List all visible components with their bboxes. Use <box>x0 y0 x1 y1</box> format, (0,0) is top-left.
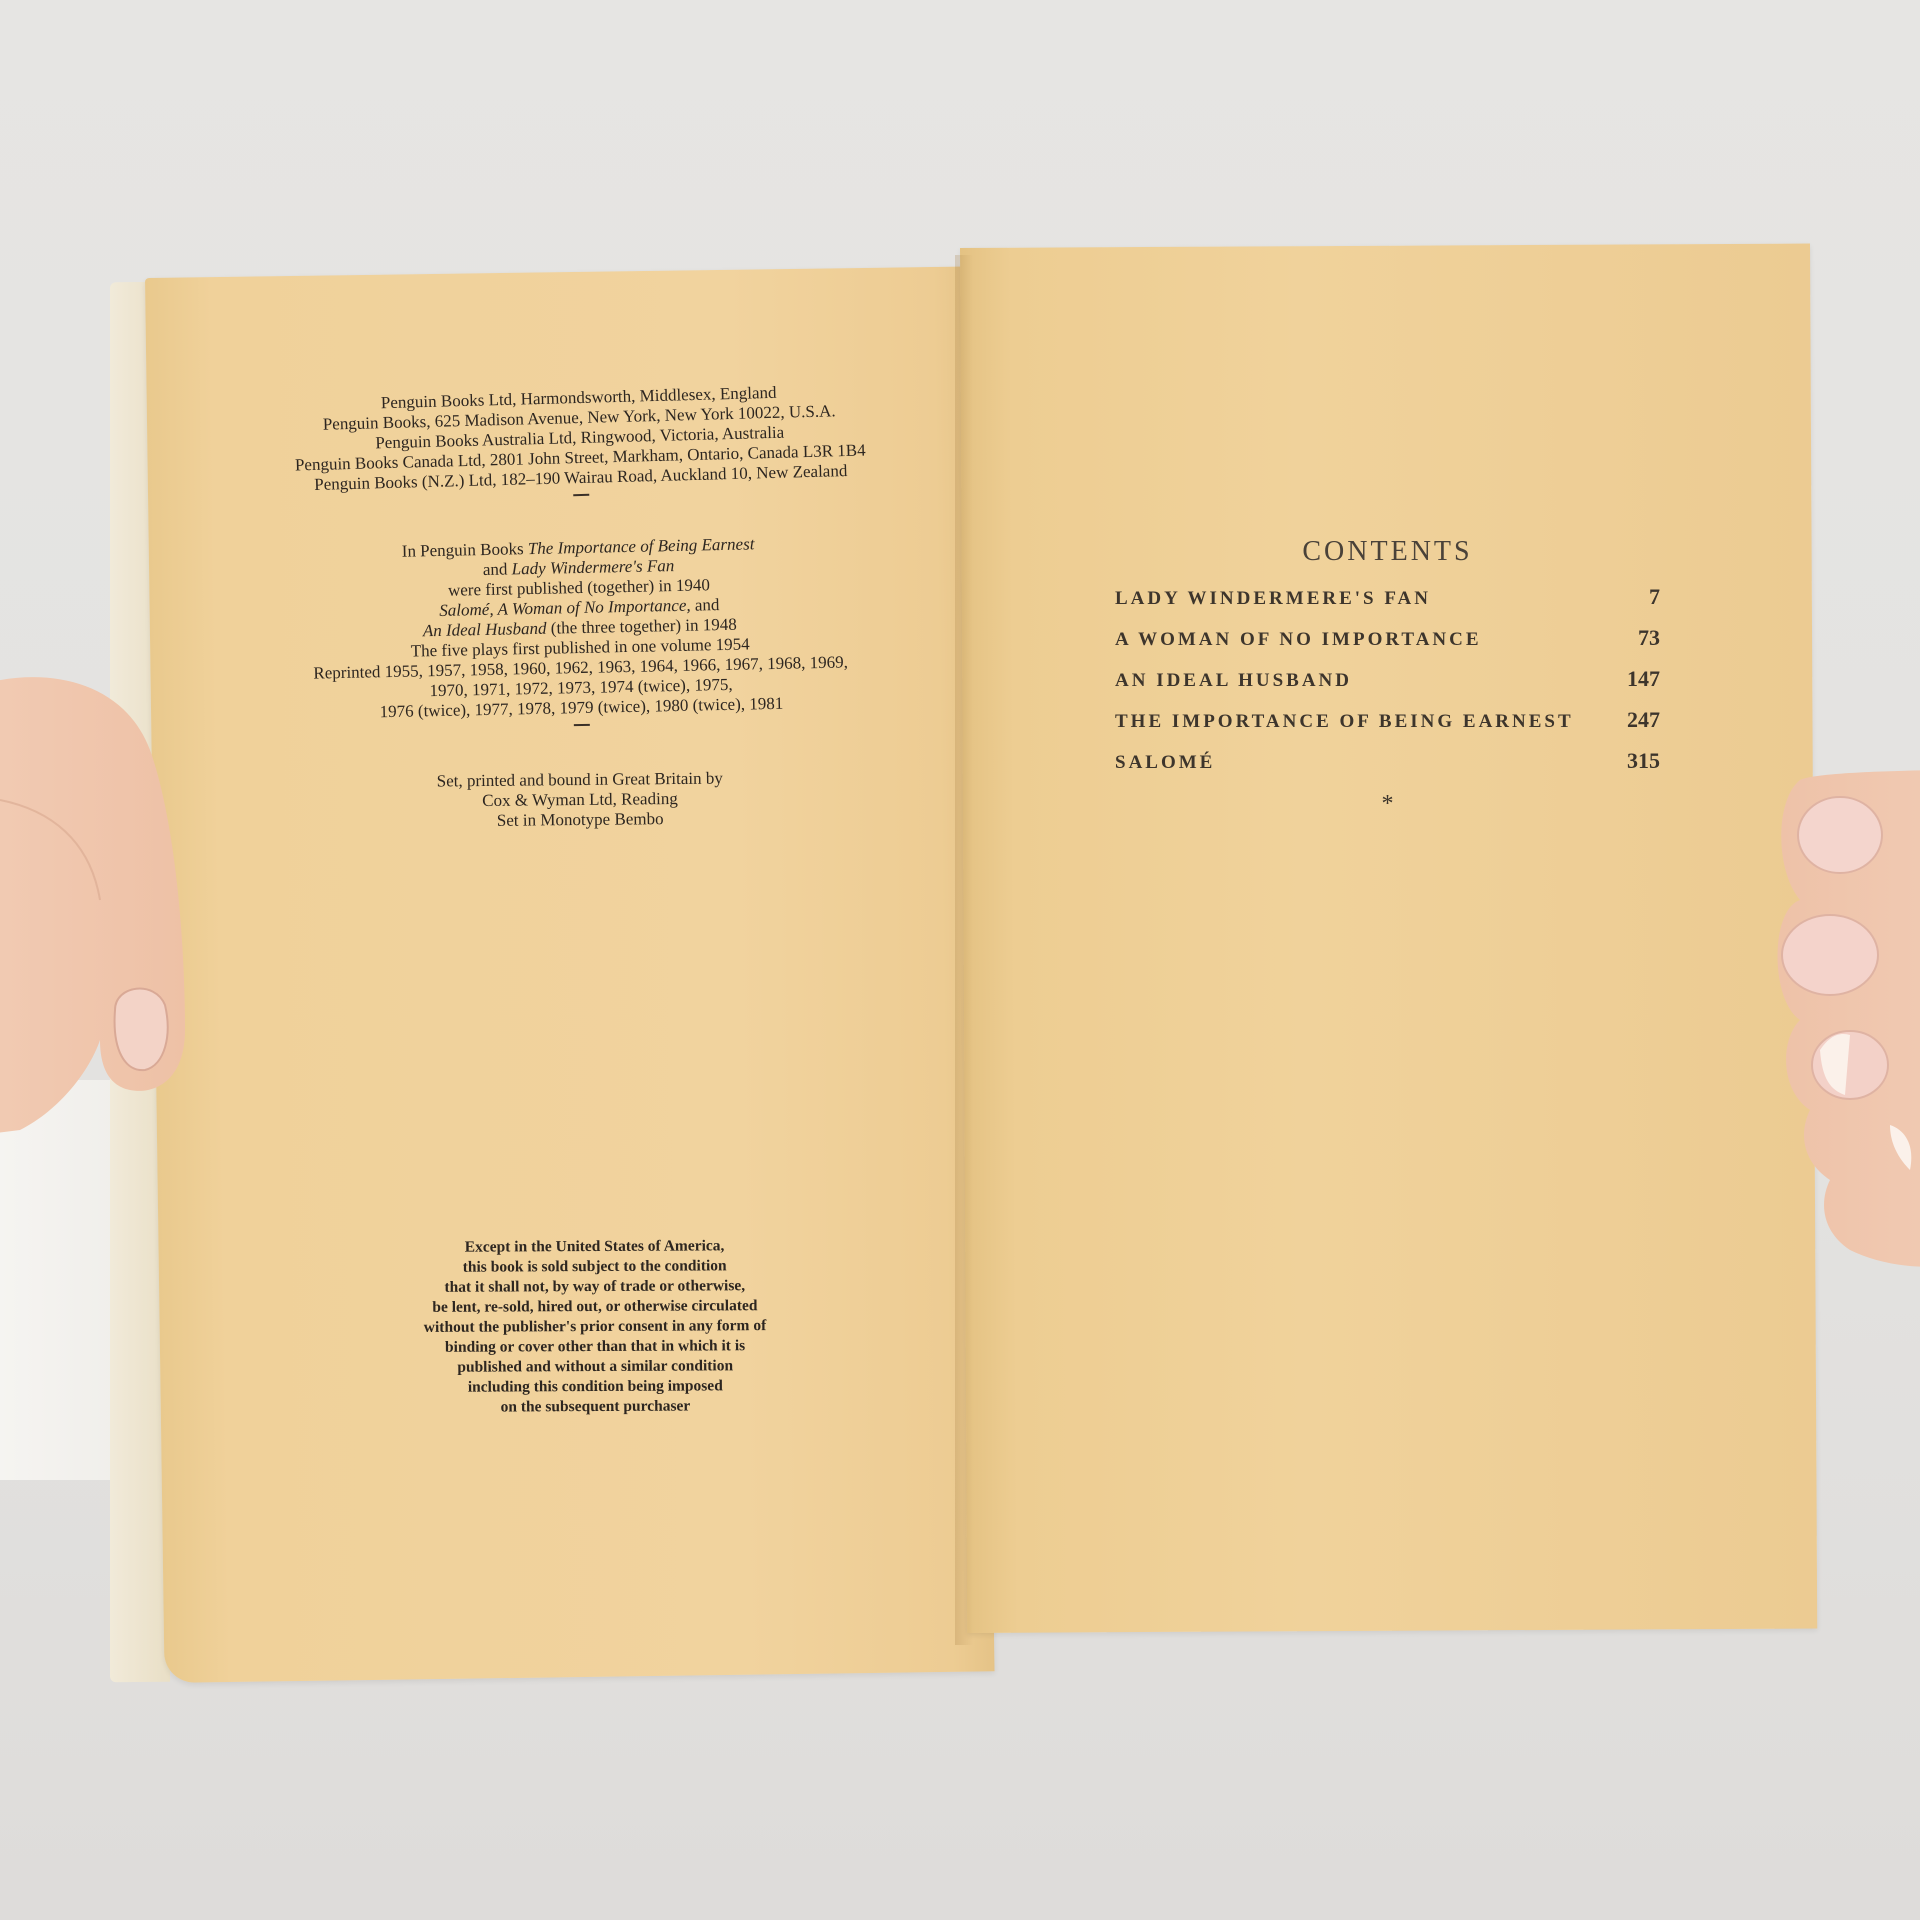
toc-entry: Lady Windermere's Fan 7 <box>1115 584 1660 625</box>
asterisk-ornament-icon: * <box>1115 791 1660 818</box>
condition-line: published and without a similar conditio… <box>380 1356 810 1378</box>
photo-scene: Penguin Books Ltd, Harmondsworth, Middle… <box>0 0 1920 1920</box>
toc-entry: Salomé 315 <box>1115 748 1660 789</box>
toc-entry: A Woman of No Importance 73 <box>1115 625 1660 666</box>
condition-line: that it shall not, by way of trade or ot… <box>380 1276 810 1298</box>
toc-page-number: 73 <box>1638 625 1660 651</box>
publication-history: In Penguin Books The Importance of Being… <box>268 532 892 743</box>
condition-line: this book is sold subject to the conditi… <box>380 1256 810 1278</box>
toc-title: A Woman of No Importance <box>1115 629 1482 651</box>
book-gutter-shadow <box>955 255 973 1645</box>
right-hand-icon <box>1760 760 1920 1300</box>
toc-entry: An Ideal Husband 147 <box>1115 666 1660 707</box>
right-page-contents <box>960 244 1817 1633</box>
separator-dash <box>574 724 590 726</box>
condition-line: including this condition being imposed <box>380 1376 810 1398</box>
condition-line: without the publisher's prior consent in… <box>380 1316 810 1338</box>
table-of-contents: CONTENTS Lady Windermere's Fan 7 A Woman… <box>1115 536 1660 818</box>
left-hand-icon <box>0 640 250 1140</box>
toc-title: Salomé <box>1115 752 1215 774</box>
printer-info: Set, printed and bound in Great Britain … <box>360 768 801 833</box>
toc-page-number: 315 <box>1627 748 1660 774</box>
toc-title: The Importance of Being Earnest <box>1115 711 1574 733</box>
toc-page-number: 247 <box>1627 707 1660 733</box>
toc-title: An Ideal Husband <box>1115 670 1352 692</box>
condition-line: binding or cover other than that in whic… <box>380 1336 810 1358</box>
toc-page-number: 7 <box>1649 584 1660 610</box>
toc-title: Lady Windermere's Fan <box>1115 588 1431 610</box>
toc-entry: The Importance of Being Earnest 247 <box>1115 707 1660 748</box>
contents-heading: CONTENTS <box>1115 536 1660 568</box>
condition-line: Except in the United States of America, <box>380 1236 810 1258</box>
publisher-addresses: Penguin Books Ltd, Harmondsworth, Middle… <box>229 379 932 515</box>
condition-line: be lent, re-sold, hired out, or otherwis… <box>380 1296 810 1318</box>
sale-condition-notice: Except in the United States of America, … <box>380 1236 811 1418</box>
separator-dash <box>573 494 589 496</box>
toc-page-number: 147 <box>1627 666 1660 692</box>
condition-line: on the subsequent purchaser <box>380 1396 810 1418</box>
